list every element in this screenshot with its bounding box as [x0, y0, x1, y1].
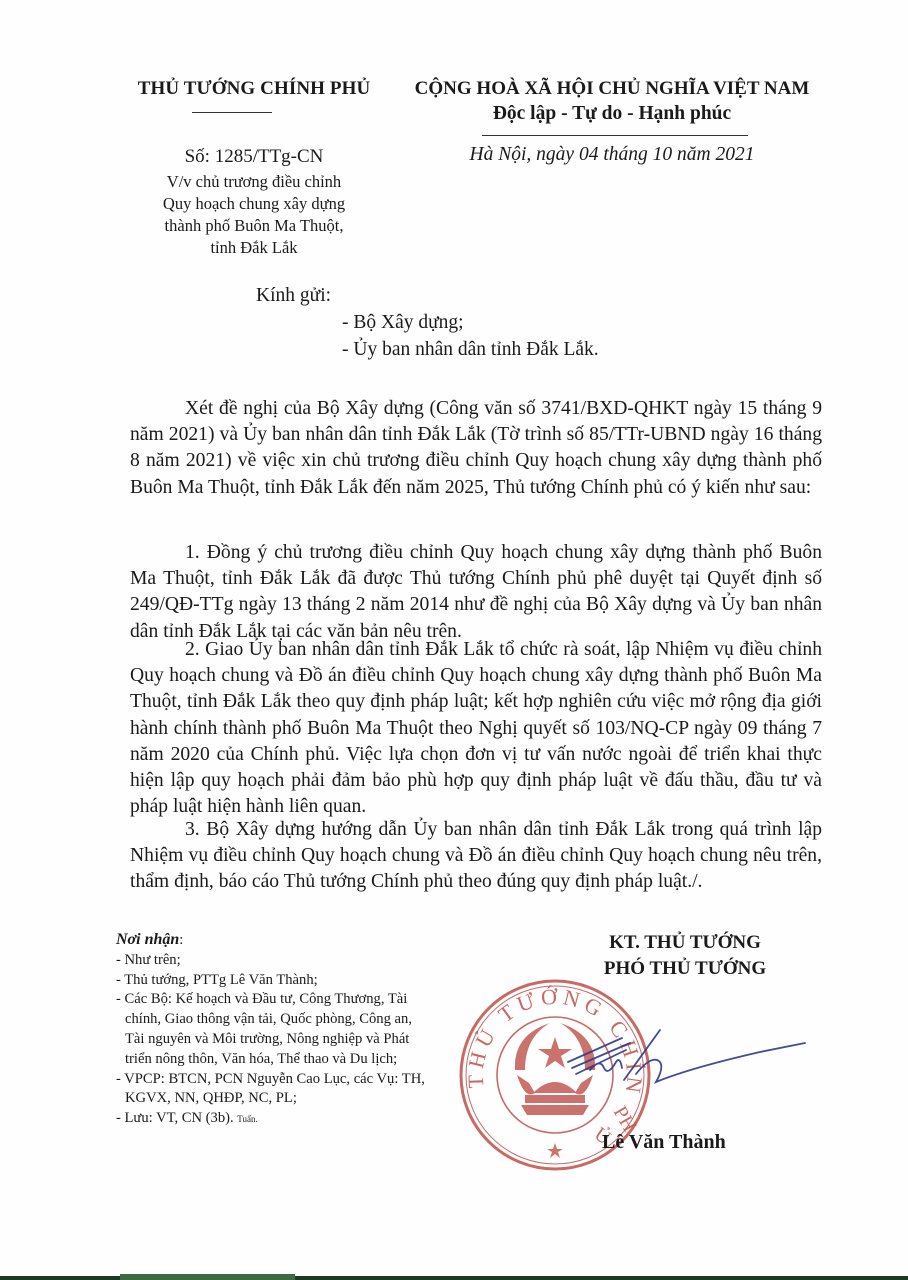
- receiver-item-text: - Lưu: VT, CN (3b).: [116, 1110, 234, 1126]
- document-number: Số: 1285/TTg-CN: [128, 146, 380, 168]
- addressee-item: - Ủy ban nhân dân tỉnh Đắk Lắk.: [342, 339, 599, 361]
- agency-underline: [192, 112, 272, 113]
- drafter-initial: Tuấn.: [237, 1114, 257, 1124]
- receivers-title: Nơi nhận: [116, 931, 179, 948]
- receivers-title-colon: :: [179, 932, 183, 948]
- place-and-date: Hà Nội, ngày 04 tháng 10 năm 2021: [392, 144, 832, 166]
- body-paragraph-3: 3. Bộ Xây dựng hướng dẫn Ủy ban nhân dân…: [130, 817, 822, 896]
- receiver-item: - Lưu: VT, CN (3b). Tuấn.: [116, 1109, 446, 1130]
- subject-line: tỉnh Đắk Lắk: [128, 237, 380, 259]
- addressee-label: Kính gửi:: [256, 285, 331, 307]
- body-paragraph-intro: Xét đề nghị của Bộ Xây dựng (Công văn số…: [130, 396, 822, 501]
- addressee-item: - Bộ Xây dựng;: [342, 312, 464, 334]
- receivers-block: Nơi nhận: - Như trên; - Thủ tướng, PTTg …: [116, 930, 446, 1130]
- body-paragraph-1: 1. Đồng ý chủ trương điều chỉnh Quy hoạc…: [130, 540, 822, 645]
- national-title: CỘNG HOÀ XÃ HỘI CHỦ NGHĨA VIỆT NAM: [392, 78, 832, 100]
- receiver-item: - Các Bộ: Kế hoạch và Đầu tư, Công Thươn…: [116, 990, 415, 1069]
- body-paragraph-2: 2. Giao Ủy ban nhân dân tỉnh Đắk Lắk tổ …: [130, 637, 822, 820]
- issuing-agency: THỦ TƯỚNG CHÍNH PHỦ: [128, 78, 380, 100]
- subject-line: Quy hoạch chung xây dựng: [128, 193, 380, 215]
- signature-title-line: KT. THỦ TƯỚNG: [540, 930, 830, 956]
- receiver-item: - Như trên;: [116, 951, 446, 971]
- receiver-item: - Thủ tướng, PTTg Lê Văn Thành;: [116, 971, 446, 991]
- receiver-item: - VPCP: BTCN, PCN Nguyễn Cao Lục, các Vụ…: [116, 1070, 425, 1110]
- document-subject: V/v chủ trương điều chỉnh Quy hoạch chun…: [128, 171, 380, 259]
- motto-underline: [482, 135, 748, 136]
- national-motto: Độc lập - Tự do - Hạnh phúc: [392, 103, 832, 125]
- handwritten-signature-icon: [560, 1010, 820, 1100]
- subject-line: thành phố Buôn Ma Thuột,: [128, 215, 380, 237]
- subject-line: V/v chủ trương điều chỉnh: [128, 171, 380, 193]
- signer-name: Lê Văn Thành: [602, 1131, 726, 1154]
- bottom-edge-patch: [120, 1274, 295, 1280]
